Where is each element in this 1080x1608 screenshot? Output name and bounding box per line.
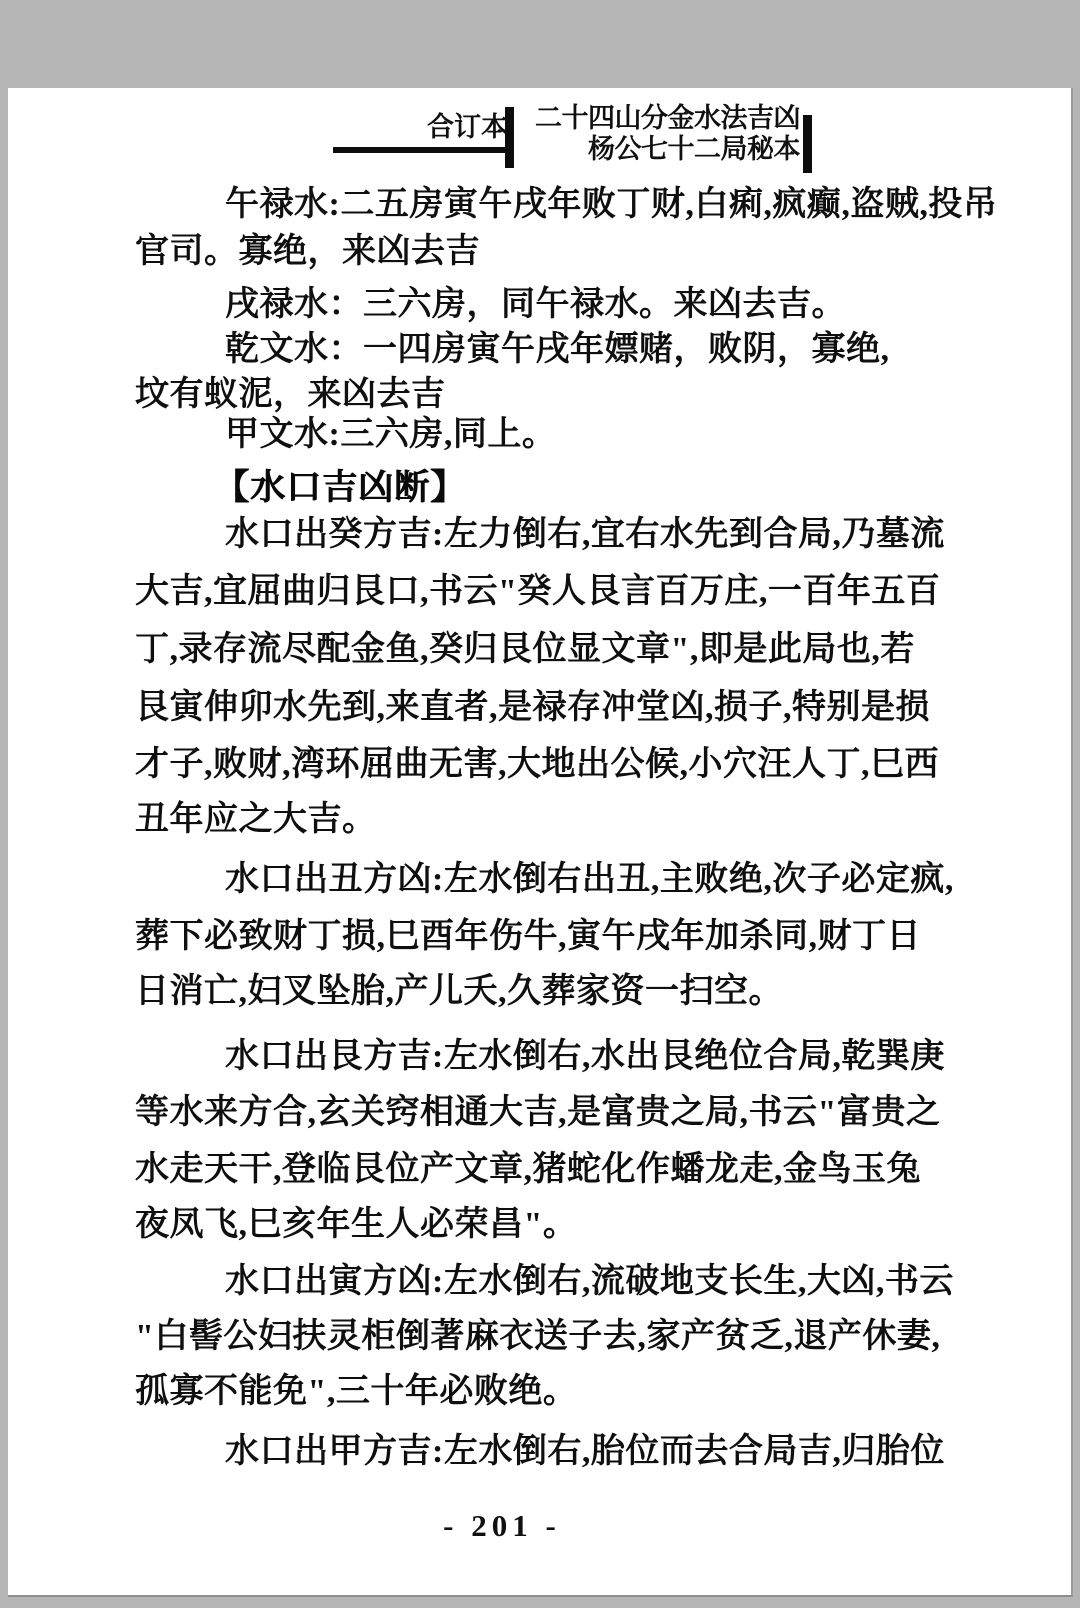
text-line: 艮寅伸卯水先到,来直者,是禄存冲堂凶,损子,特别是损 (135, 688, 980, 727)
text-line: 水口出艮方吉:左水倒右,水出艮绝位合局,乾巽庚 (225, 1037, 1070, 1076)
scan-background: 合订本 二十四山分金水法吉凶 杨公七十二局秘本 午禄水:二五房寅午戌年败丁财,白… (0, 0, 1080, 1608)
text-line: 甲文水:三六房,同上。 (225, 415, 1070, 454)
text-line: "白髻公妇扶灵柜倒著麻衣送子去,家产贫乏,退产休妻, (135, 1317, 980, 1356)
header-title-line2: 杨公七十二局秘本 (516, 134, 800, 165)
text-line: 水口出癸方吉:左力倒右,宜右水先到合局,乃墓流 (225, 515, 1070, 554)
section-heading: 【水口吉凶断】 (214, 460, 466, 510)
text-line: 水口出丑方凶:左水倒右出丑,主败绝,次子必定疯, (225, 860, 1070, 899)
text-line: 丁,录存流尽配金鱼,癸归艮位显文章",即是此局也,若 (135, 630, 980, 669)
text-line: 乾文水：一四房寅午戌年嫖赌，败阴，寡绝, (225, 330, 1070, 369)
text-line: 官司。寡绝，来凶去吉 (135, 232, 980, 271)
header-divider-bar (803, 115, 812, 173)
text-line: 戌禄水：三六房，同午禄水。来凶去吉。 (225, 285, 1070, 324)
text-line: 才子,败财,湾环屈曲无害,大地出公候,小穴汪人丁,巳西 (135, 745, 980, 784)
text-line: 水口出甲方吉:左水倒右,胎位而去合局吉,归胎位 (225, 1432, 1070, 1471)
header-title-block: 二十四山分金水法吉凶 杨公七十二局秘本 (516, 103, 800, 165)
header-title-line1: 二十四山分金水法吉凶 (516, 103, 800, 134)
book-page: 合订本 二十四山分金水法吉凶 杨公七十二局秘本 午禄水:二五房寅午戌年败丁财,白… (8, 88, 1073, 1597)
text-line: 日消亡,妇叉坠胎,产儿夭,久葬家资一扫空。 (135, 972, 980, 1011)
text-line: 水口出寅方凶:左水倒右,流破地支长生,大凶,书云 (225, 1262, 1070, 1301)
text-line: 丑年应之大吉。 (135, 800, 980, 839)
text-line: 夜凤飞,巳亥年生人必荣昌"。 (135, 1205, 980, 1244)
text-line: 水走天干,登临艮位产文章,猪蛇化作蟠龙走,金鸟玉兔 (135, 1150, 980, 1189)
header-divider-bar (505, 107, 514, 168)
text-line: 大吉,宜屈曲归艮口,书云"癸人艮言百万庄,一百年五百 (135, 572, 980, 611)
text-line: 午禄水:二五房寅午戌年败丁财,白痢,疯癫,盗贼,投吊 (225, 185, 1070, 224)
header-volume-label: 合订本 (427, 105, 508, 144)
page-number: - 201 - (135, 1508, 869, 1544)
text-line: 等水来方合,玄关窍相通大吉,是富贵之局,书云"富贵之 (135, 1093, 980, 1132)
text-line: 葬下必致财丁损,巳酉年伤牛,寅午戌年加杀同,财丁日 (135, 917, 980, 956)
text-line: 孤寡不能免",三十年必败绝。 (135, 1372, 980, 1411)
text-line: 坟有蚁泥，来凶去吉 (135, 375, 980, 414)
header-rule (333, 147, 514, 153)
